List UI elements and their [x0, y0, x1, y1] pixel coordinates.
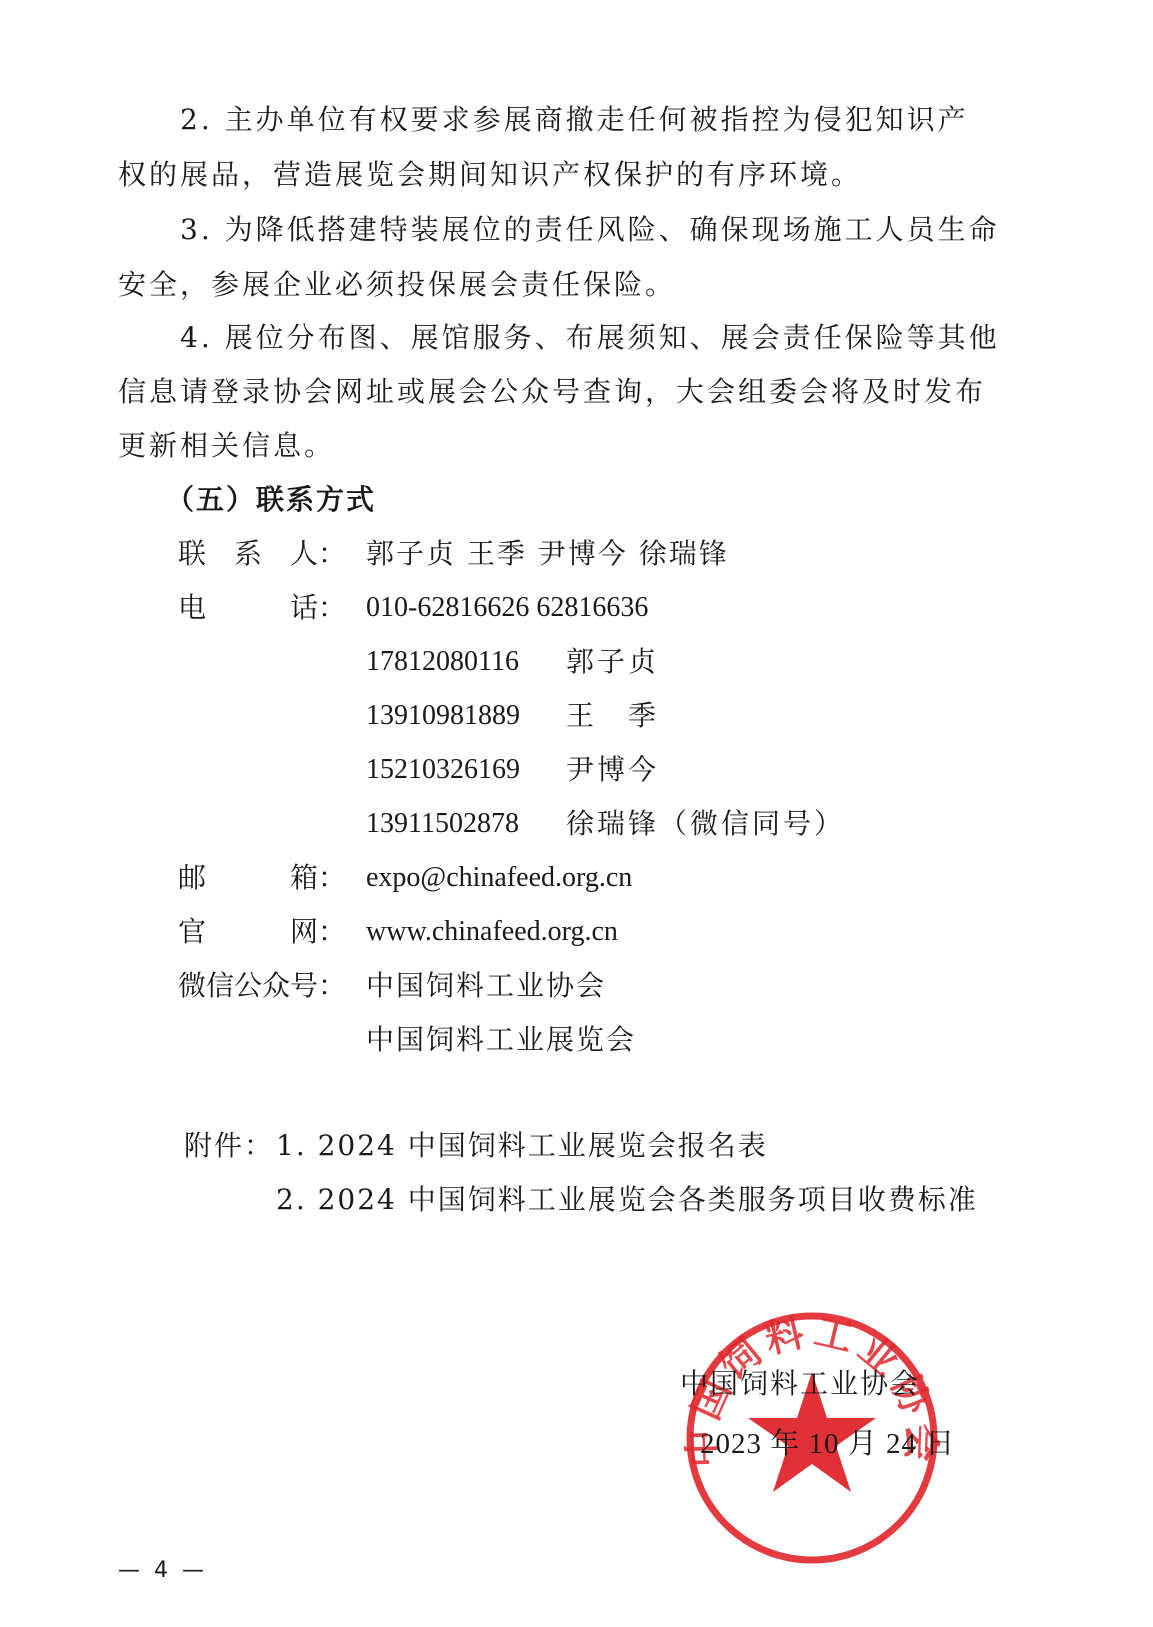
item-4-line-2: 信息请登录协会网址或展会公众号查询，大会组委会将及时发布 — [118, 372, 986, 412]
item-3-line-1: 3. 为降低搭建特装展位的责任风险、确保现场施工人员生命 — [180, 210, 1000, 250]
attachments-label: 附件： — [184, 1126, 274, 1166]
contact-heading: （五）联系方式 — [166, 480, 376, 520]
item-3-line-2: 安全，参展企业必须投保展会责任保险。 — [118, 265, 676, 305]
item-2-line-2: 权的展品，营造展览会期间知识产权保护的有序环境。 — [118, 155, 862, 195]
contact-phone-label: 电 话： — [178, 588, 346, 628]
phone-number: 17812080116 — [366, 642, 519, 682]
phone-number: 13910981889 — [366, 696, 520, 736]
item-4-line-1: 4. 展位分布图、展馆服务、布展须知、展会责任保险等其他 — [180, 318, 1000, 358]
signature-date: 2023 年 10 月 24 日 — [700, 1424, 955, 1464]
wechat-account: 中国饲料工业协会 — [366, 966, 606, 1006]
attachment-item: 2. 2024 中国饲料工业展览会各类服务项目收费标准 — [276, 1180, 978, 1220]
phone-owner: 尹博今 — [566, 750, 659, 790]
phone-number: 13911502878 — [366, 804, 519, 844]
contact-people: 郭子贞 王季 尹博今 徐瑞锋 — [366, 534, 729, 574]
signature-organization: 中国饲料工业协会 — [680, 1364, 920, 1404]
phone-number: 15210326169 — [366, 750, 520, 790]
contact-people-label: 联 系 人： — [178, 534, 346, 574]
phone-owner: 王 季 — [566, 696, 659, 736]
contact-wechat-label: 微信公众号： — [178, 966, 346, 1006]
phone-owner: 郭子贞 — [566, 642, 659, 682]
attachment-item: 1. 2024 中国饲料工业展览会报名表 — [276, 1126, 768, 1166]
phone-owner: 徐瑞锋（微信同号） — [566, 804, 845, 844]
contact-phone-main: 010-62816626 62816636 — [366, 588, 648, 628]
contact-website[interactable]: www.chinafeed.org.cn — [366, 912, 618, 952]
contact-email-label: 邮 箱： — [178, 858, 346, 898]
wechat-account: 中国饲料工业展览会 — [366, 1020, 636, 1060]
contact-email[interactable]: expo@chinafeed.org.cn — [366, 858, 632, 898]
item-4-line-3: 更新相关信息。 — [118, 426, 335, 466]
contact-website-label: 官 网： — [178, 912, 346, 952]
page-number: — 4 — — [118, 1556, 204, 1586]
item-2-line-1: 2. 主办单位有权要求参展商撤走任何被指控为侵犯知识产 — [180, 100, 969, 140]
